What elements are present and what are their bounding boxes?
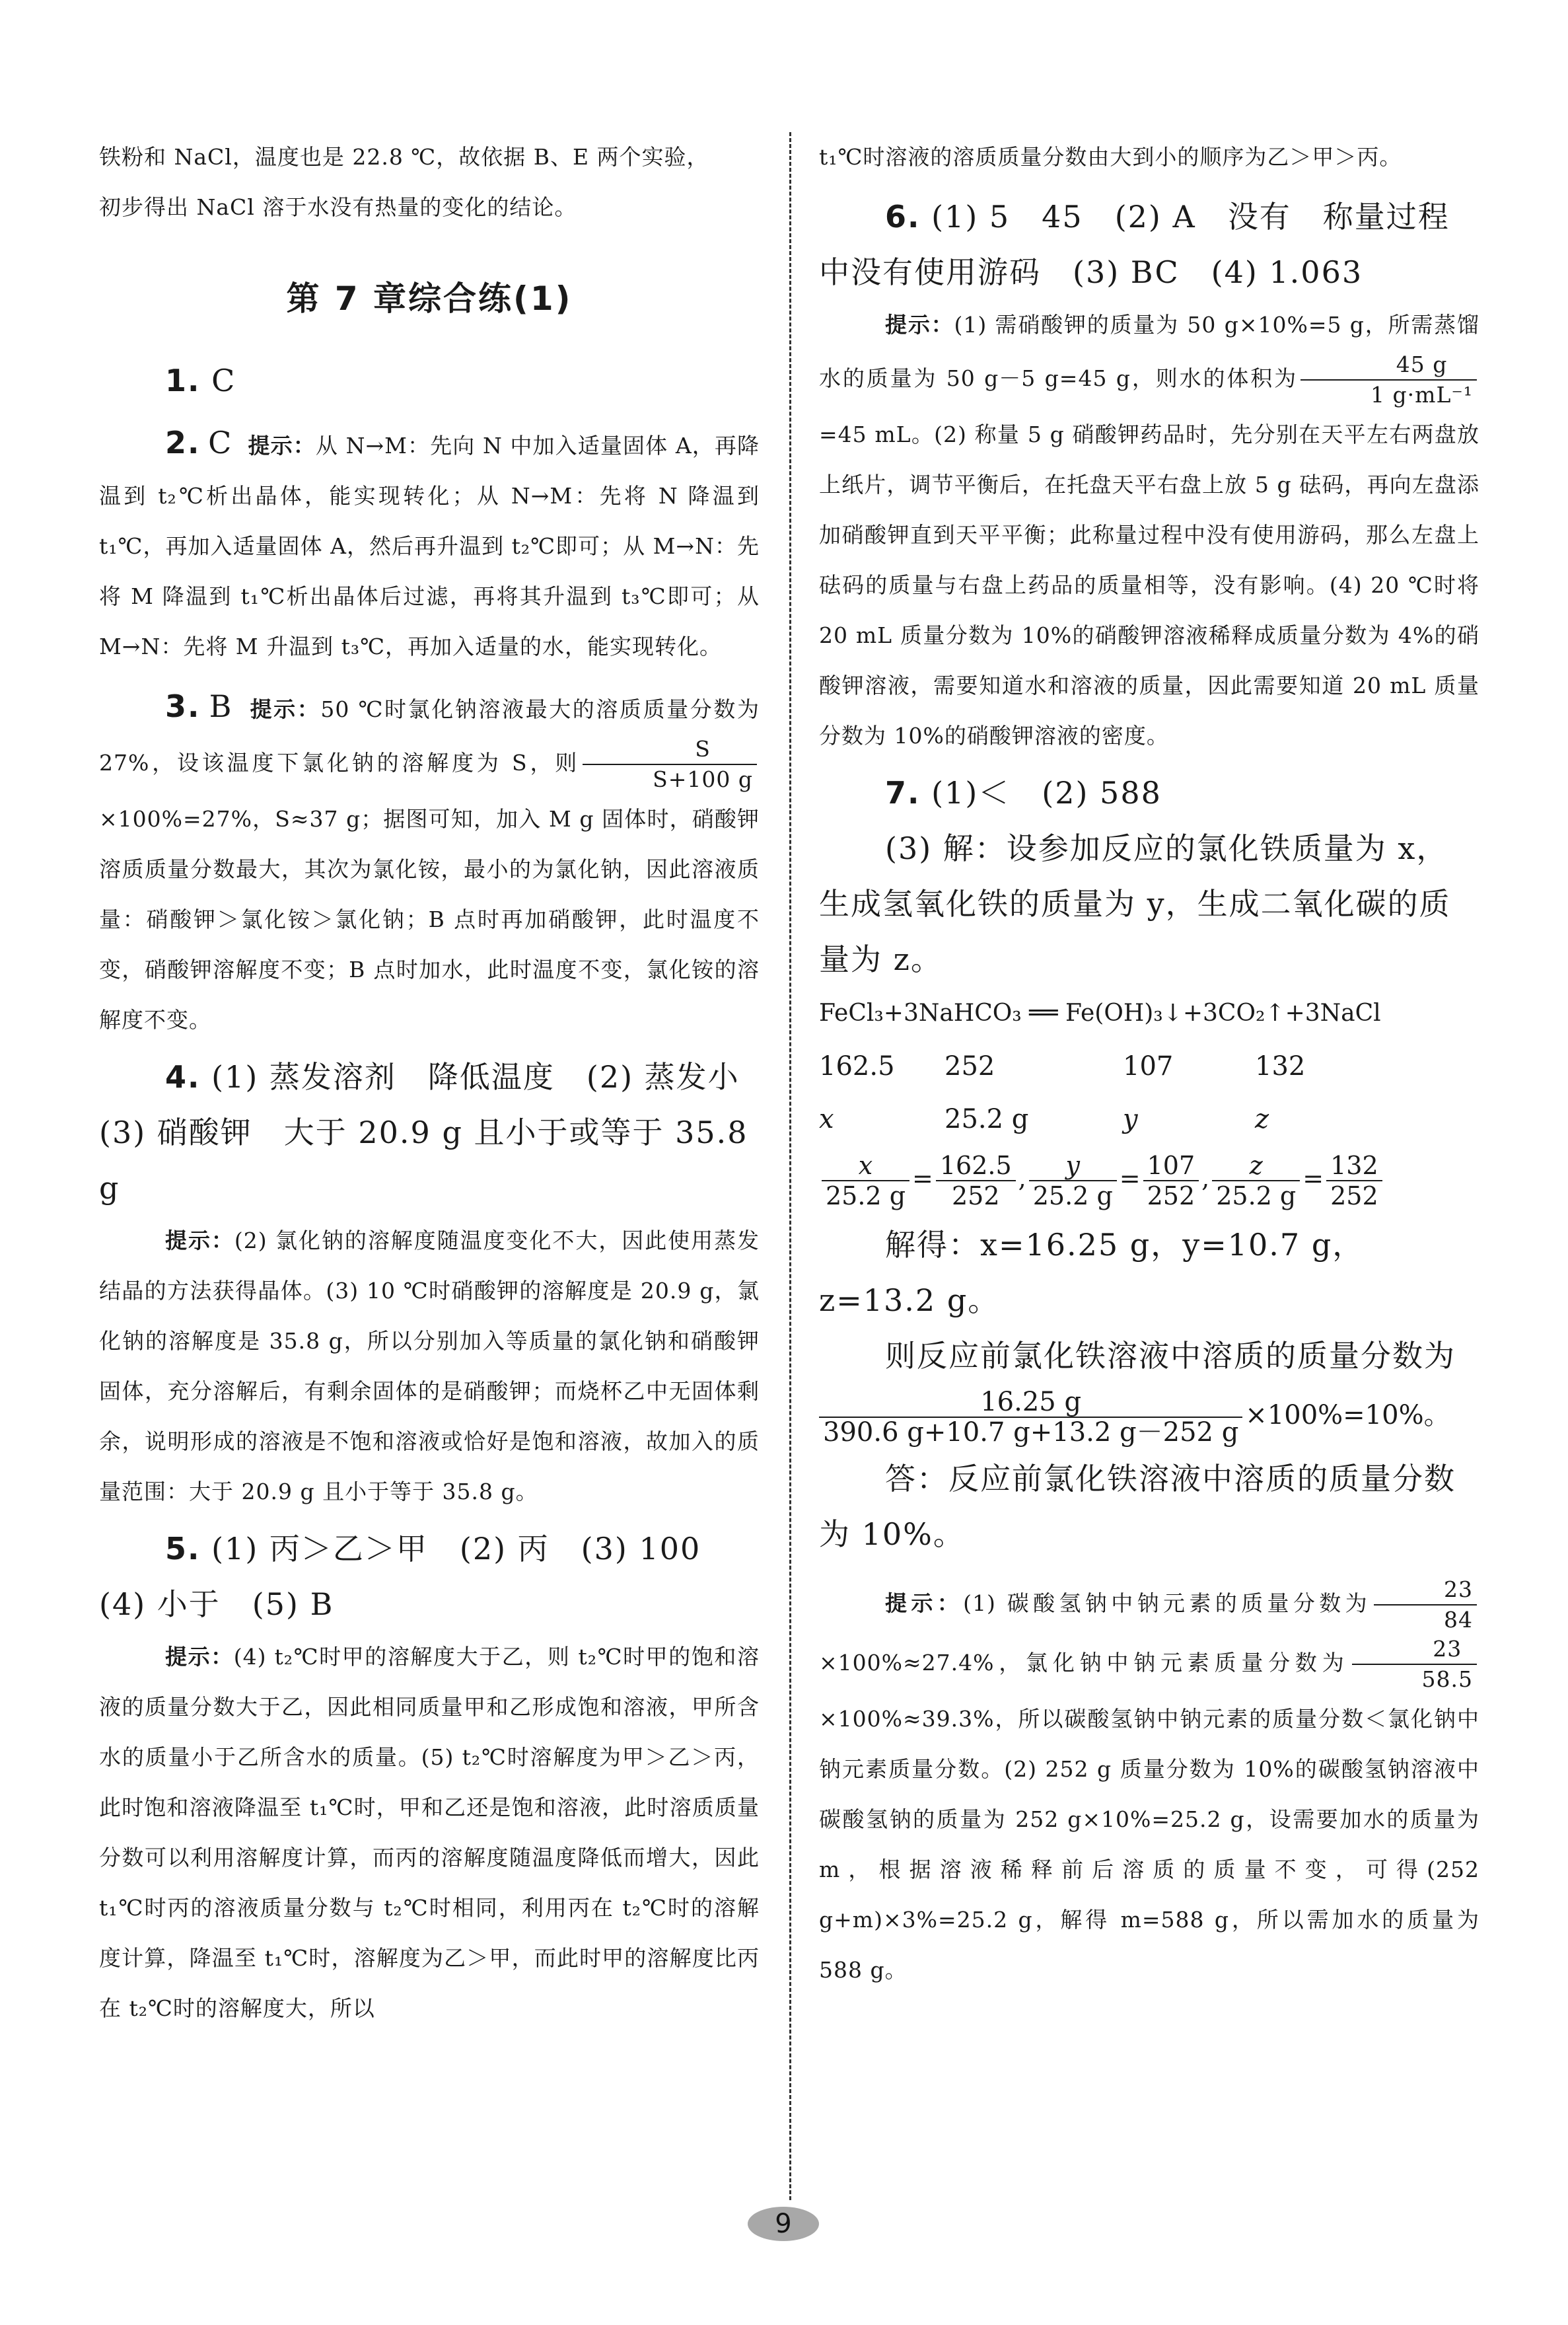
question-number: 6. <box>885 199 920 235</box>
hint-text: (4) t₂℃时甲的溶解度大于乙，则 t₂℃时甲的饱和溶液的质量分数大于乙，因此… <box>99 1644 760 2021</box>
conclusion: 答：反应前氯化铁溶液中溶质的质量分数为 10%。 <box>819 1451 1479 1562</box>
question-1: 1. C <box>99 353 760 408</box>
question-number: 2. <box>165 425 200 461</box>
intro-line: 铁粉和 NaCl，温度也是 22.8 ℃，故依据 B、E 两个实验， <box>99 132 760 182</box>
solution-intro: (3) 解：设参加反应的氯化铁质量为 x，生成氢氧化铁的质量为 y，生成二氧化碳… <box>819 821 1479 987</box>
page-number-badge: 9 <box>748 2207 819 2241</box>
column-divider <box>789 132 791 2200</box>
hint-text: 从 N→M：先向 N 中加入适量固体 A，再降温到 t₂℃析出晶体，能实现转化；… <box>99 433 760 659</box>
solved-values: 解得：x=16.25 g，y=10.7 g，z=13.2 g。 <box>819 1217 1479 1328</box>
hint-text: (2) 氯化钠的溶解度随温度变化不大，因此使用蒸发结晶的方法获得晶体。(3) 1… <box>99 1228 760 1504</box>
hint-label: 提示： <box>165 1644 234 1670</box>
question-number: 3. <box>165 688 200 724</box>
mass-fraction-calc: 16.25 g390.6 g+10.7 g+13.2 g－252 g×100%=… <box>819 1387 1479 1447</box>
question-4-hint: 提示：(2) 氯化钠的溶解度随温度变化不大，因此使用蒸发结晶的方法获得晶体。(3… <box>99 1216 760 1517</box>
fraction: 2384 <box>1374 1575 1477 1635</box>
section-title: 第 7 章综合练(1) <box>99 272 760 320</box>
question-number: 1. <box>165 363 200 398</box>
hint-text: =45 mL。(2) 称量 5 g 硝酸钾药品时，先分别在天平左右两盘放上纸片，… <box>819 422 1479 749</box>
question-number: 7. <box>885 775 920 811</box>
fraction-intro: 则反应前氯化铁溶液中溶质的质量分数为 <box>819 1328 1479 1384</box>
fraction: 2358.5 <box>1352 1635 1477 1694</box>
answer: B <box>209 688 233 724</box>
unknown-row: x 25.2 g y z <box>819 1093 1479 1146</box>
question-number: 5. <box>165 1531 200 1567</box>
hint-label: 提示： <box>885 312 954 338</box>
fraction: SS+100 g <box>583 735 757 794</box>
question-4-answer: 4. (1) 蒸发溶剂 降低温度 (2) 蒸发小 (3) 硝酸钾 大于 20.9… <box>99 1049 760 1216</box>
question-7-hint: 提示：(1) 碳酸氢钠中钠元素的质量分数为2384×100%≈27.4%，氯化钠… <box>819 1575 1479 1995</box>
question-5-hint: 提示：(4) t₂℃时甲的溶解度大于乙，则 t₂℃时甲的饱和溶液的质量分数大于乙… <box>99 1632 760 2034</box>
answer: C <box>211 363 236 398</box>
right-column: t₁℃时溶液的溶质质量分数由大到小的顺序为乙＞甲＞丙。 6. (1) 5 45 … <box>819 132 1479 1995</box>
question-number: 4. <box>165 1059 200 1095</box>
question-5-answer: 5. (1) 丙＞乙＞甲 (2) 丙 (3) 100 (4) 小于 (5) B <box>99 1521 760 1632</box>
question-6-hint: 提示：(1) 需硝酸钾的质量为 50 g×10%=5 g，所需蒸馏水的质量为 5… <box>819 300 1479 761</box>
hint-text: ×100%=27%，S≈37 g；据图可知，加入 M g 固体时，硝酸钾溶质质量… <box>99 806 760 1033</box>
answer: (1) 蒸发溶剂 降低温度 (2) 蒸发小 (3) 硝酸钾 大于 20.9 g … <box>99 1059 771 1206</box>
question-3: 3. B 提示：50 ℃时氯化钠溶液最大的溶质质量分数为 27%，设该温度下氯化… <box>99 679 760 1045</box>
question-7-answer: 7. (1)＜ (2) 588 <box>819 765 1479 821</box>
molar-mass-row: 162.5 252 107 132 <box>819 1040 1479 1093</box>
question-2: 2. C 提示：从 N→M：先向 N 中加入适量固体 A，再降温到 t₂℃析出晶… <box>99 415 760 672</box>
hint-label: 提示： <box>248 433 316 459</box>
answer: C <box>208 425 232 461</box>
left-column: 铁粉和 NaCl，温度也是 22.8 ℃，故依据 B、E 两个实验， 初步得出 … <box>99 132 760 2034</box>
answer: (1)＜ (2) 588 <box>931 775 1162 811</box>
hint-label: 提示： <box>250 696 321 722</box>
fraction: 45 g1 g·mL⁻¹ <box>1301 350 1477 410</box>
ratio-equations: x25.2 g=162.5252,y25.2 g=107252,z25.2 g=… <box>819 1151 1479 1210</box>
chemical-equation: FeCl₃+3NaHCO₃ ══ Fe(OH)₃↓+3CO₂↑+3NaCl <box>819 987 1479 1040</box>
question-6-answer: 6. (1) 5 45 (2) A 没有 称量过程中没有使用游码 (3) BC … <box>819 189 1479 300</box>
hint-label: 提示： <box>885 1590 963 1616</box>
hint-label: 提示： <box>165 1228 234 1253</box>
question-5-continued: t₁℃时溶液的溶质质量分数由大到小的顺序为乙＞甲＞丙。 <box>819 132 1479 182</box>
intro-line: 初步得出 NaCl 溶于水没有热量的变化的结论。 <box>99 182 760 233</box>
